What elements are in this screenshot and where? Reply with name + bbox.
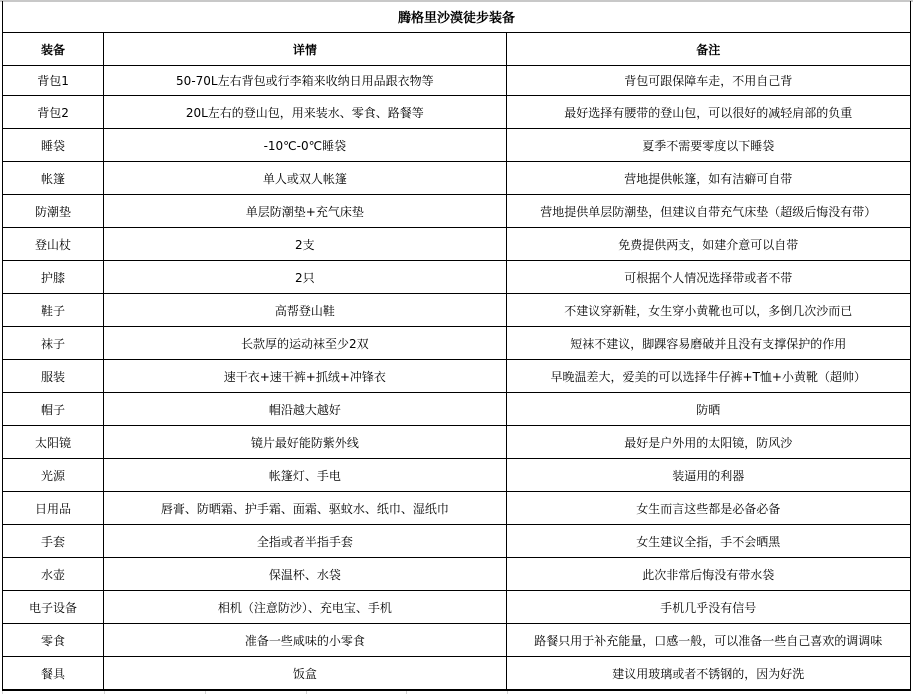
cell-item[interactable]: 餐具: [3, 657, 104, 691]
cell-note[interactable]: 路餐只用于补充能量，口感一般，可以准备一些自己喜欢的调调味: [506, 624, 910, 657]
table-row: 背包220L左右的登山包，用来装水、零食、路餐等最好选择有腰带的登山包，可以很好…: [3, 96, 911, 129]
cell-item[interactable]: 光源: [3, 459, 104, 492]
cell-item[interactable]: 登山杖: [3, 228, 104, 261]
table-row: 防潮垫单层防潮垫+充气床垫营地提供单层防潮垫，但建议自带充气床垫（超级后悔没有带…: [3, 195, 911, 228]
table-row: 背包150-70L左右背包或行李箱来收纳日用品跟衣物等背包可跟保障车走，不用自己…: [3, 66, 911, 96]
cell-note[interactable]: 装逼用的利器: [506, 459, 910, 492]
cell-detail[interactable]: 2支: [104, 228, 506, 261]
cell-detail[interactable]: 唇膏、防晒霜、护手霜、面霜、驱蚊水、纸巾、湿纸巾: [104, 492, 506, 525]
cell-note[interactable]: 女生建议全指，手不会晒黑: [506, 525, 910, 558]
cell-note[interactable]: 可根据个人情况选择带或者不带: [506, 261, 910, 294]
cell-item[interactable]: 电子设备: [3, 591, 104, 624]
cell-note[interactable]: 防晒: [506, 393, 910, 426]
cell-detail[interactable]: 保温杯、水袋: [104, 558, 506, 591]
cell-item[interactable]: 太阳镜: [3, 426, 104, 459]
cell-item[interactable]: 帐篷: [3, 162, 104, 195]
header-row: 装备 详情 备注: [3, 33, 911, 66]
table-row: 水壶保温杯、水袋此次非常后悔没有带水袋: [3, 558, 911, 591]
cell-detail[interactable]: 帐篷灯、手电: [104, 459, 506, 492]
cell-note[interactable]: 最好是户外用的太阳镜，防风沙: [506, 426, 910, 459]
cell-detail[interactable]: 准备一些咸味的小零食: [104, 624, 506, 657]
cell-detail[interactable]: 速干衣+速干裤+抓绒+冲锋衣: [104, 360, 506, 393]
cell-item[interactable]: 水壶: [3, 558, 104, 591]
table-row: 护膝2只可根据个人情况选择带或者不带: [3, 261, 911, 294]
table-row: 鞋子高帮登山鞋不建议穿新鞋，女生穿小黄靴也可以，多倒几次沙而已: [3, 294, 911, 327]
table-row: 帽子帽沿越大越好防晒: [3, 393, 911, 426]
cell-item[interactable]: 鞋子: [3, 294, 104, 327]
title-row: 腾格里沙漠徒步装备: [3, 1, 911, 33]
table-row: 太阳镜镜片最好能防紫外线最好是户外用的太阳镜，防风沙: [3, 426, 911, 459]
cell-note[interactable]: 最好选择有腰带的登山包，可以很好的减轻肩部的负重: [506, 96, 910, 129]
table-title[interactable]: 腾格里沙漠徒步装备: [3, 1, 911, 33]
cell-detail[interactable]: 全指或者半指手套: [104, 525, 506, 558]
header-detail[interactable]: 详情: [104, 33, 506, 66]
table-row: 睡袋-10℃-0℃睡袋夏季不需要零度以下睡袋: [3, 129, 911, 162]
cell-item[interactable]: 日用品: [3, 492, 104, 525]
cell-note[interactable]: 营地提供帐篷，如有洁癖可自带: [506, 162, 910, 195]
header-note[interactable]: 备注: [506, 33, 910, 66]
table-row: 帐篷单人或双人帐篷营地提供帐篷，如有洁癖可自带: [3, 162, 911, 195]
cell-note[interactable]: 夏季不需要零度以下睡袋: [506, 129, 910, 162]
cell-note[interactable]: 短袜不建议，脚踝容易磨破并且没有支撑保护的作用: [506, 327, 910, 360]
cell-note[interactable]: 营地提供单层防潮垫，但建议自带充气床垫（超级后悔没有带）: [506, 195, 910, 228]
cell-detail[interactable]: -10℃-0℃睡袋: [104, 129, 506, 162]
table-row: 手套全指或者半指手套女生建议全指，手不会晒黑: [3, 525, 911, 558]
cell-detail[interactable]: 2只: [104, 261, 506, 294]
cell-note[interactable]: 免费提供两支，如建介意可以自带: [506, 228, 910, 261]
cell-note[interactable]: 建议用玻璃或者不锈钢的，因为好洗: [506, 657, 910, 691]
cell-item[interactable]: 睡袋: [3, 129, 104, 162]
cell-note[interactable]: 不建议穿新鞋，女生穿小黄靴也可以，多倒几次沙而已: [506, 294, 910, 327]
header-item[interactable]: 装备: [3, 33, 104, 66]
table-row: 餐具饭盒建议用玻璃或者不锈钢的，因为好洗: [3, 657, 911, 691]
cell-note[interactable]: 手机几乎没有信号: [506, 591, 910, 624]
cell-detail[interactable]: 20L左右的登山包，用来装水、零食、路餐等: [104, 96, 506, 129]
cell-item[interactable]: 防潮垫: [3, 195, 104, 228]
cell-detail[interactable]: 50-70L左右背包或行李箱来收纳日用品跟衣物等: [104, 66, 506, 96]
cell-item[interactable]: 背包1: [3, 66, 104, 96]
table-row: 日用品唇膏、防晒霜、护手霜、面霜、驱蚊水、纸巾、湿纸巾女生而言这些都是必备必备: [3, 492, 911, 525]
cell-detail[interactable]: 帽沿越大越好: [104, 393, 506, 426]
cell-item[interactable]: 零食: [3, 624, 104, 657]
table-row: 光源帐篷灯、手电装逼用的利器: [3, 459, 911, 492]
table-body: 背包150-70L左右背包或行李箱来收纳日用品跟衣物等背包可跟保障车走，不用自己…: [3, 66, 911, 691]
cell-note[interactable]: 背包可跟保障车走，不用自己背: [506, 66, 910, 96]
cell-detail[interactable]: 长款厚的运动袜至少2双: [104, 327, 506, 360]
table-row: 零食准备一些咸味的小零食路餐只用于补充能量，口感一般，可以准备一些自己喜欢的调调…: [3, 624, 911, 657]
cell-detail[interactable]: 饭盒: [104, 657, 506, 691]
table-row: 登山杖2支免费提供两支，如建介意可以自带: [3, 228, 911, 261]
cell-item[interactable]: 护膝: [3, 261, 104, 294]
cell-item[interactable]: 背包2: [3, 96, 104, 129]
cell-item[interactable]: 手套: [3, 525, 104, 558]
cell-detail[interactable]: 单层防潮垫+充气床垫: [104, 195, 506, 228]
cell-detail[interactable]: 镜片最好能防紫外线: [104, 426, 506, 459]
cell-detail[interactable]: 单人或双人帐篷: [104, 162, 506, 195]
table-row: 服装速干衣+速干裤+抓绒+冲锋衣早晚温差大，爱美的可以选择牛仔裤+T恤+小黄靴（…: [3, 360, 911, 393]
table-row: 电子设备相机（注意防沙）、充电宝、手机手机几乎没有信号: [3, 591, 911, 624]
cell-detail[interactable]: 相机（注意防沙）、充电宝、手机: [104, 591, 506, 624]
table-row: 袜子长款厚的运动袜至少2双短袜不建议，脚踝容易磨破并且没有支撑保护的作用: [3, 327, 911, 360]
cell-item[interactable]: 帽子: [3, 393, 104, 426]
gear-table: 腾格里沙漠徒步装备 装备 详情 备注 背包150-70L左右背包或行李箱来收纳日…: [2, 1, 911, 691]
cell-item[interactable]: 服装: [3, 360, 104, 393]
cell-note[interactable]: 此次非常后悔没有带水袋: [506, 558, 910, 591]
cell-note[interactable]: 女生而言这些都是必备必备: [506, 492, 910, 525]
cell-item[interactable]: 袜子: [3, 327, 104, 360]
cell-detail[interactable]: 高帮登山鞋: [104, 294, 506, 327]
cell-note[interactable]: 早晚温差大，爱美的可以选择牛仔裤+T恤+小黄靴（超帅）: [506, 360, 910, 393]
